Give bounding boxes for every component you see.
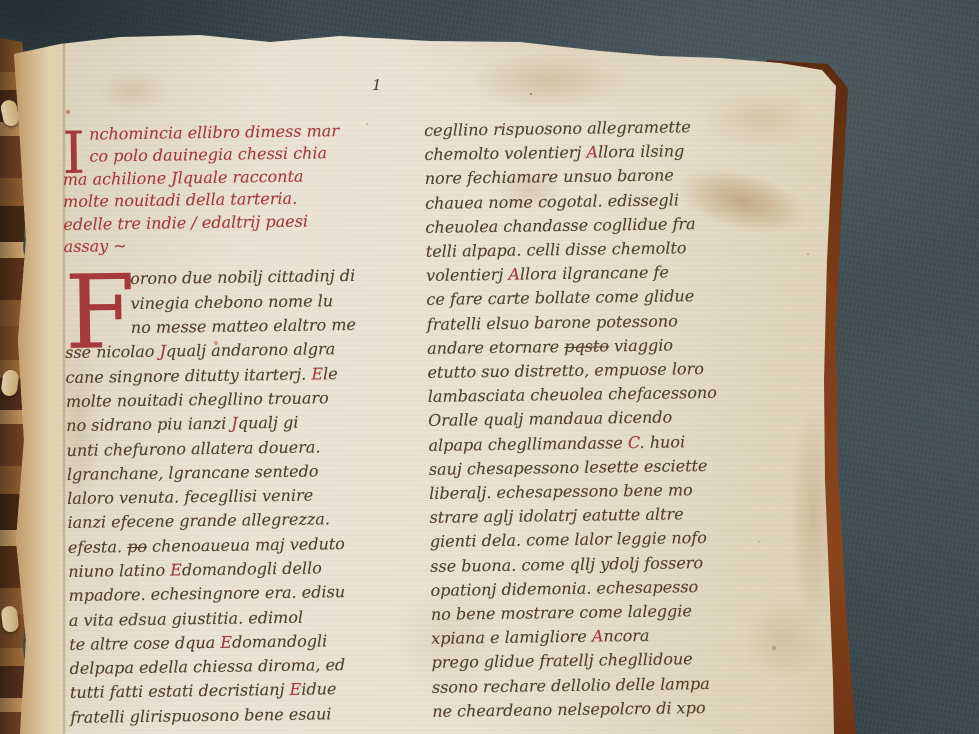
main-text-block: F orono due nobilj cittadinj divinegia c… [64, 264, 406, 730]
manuscript-line: fratelli glirispuosono bene esaui [70, 701, 406, 730]
page-speckles [0, 0, 4, 4]
right-main-lines: cegllino rispuosono allegramettechemolto… [424, 114, 784, 724]
manuscript-line: assay ~ [64, 231, 400, 258]
drop-cap-initial: F [64, 268, 131, 341]
right-text-column: cegllino rispuosono allegramettechemolto… [424, 114, 784, 724]
binding-cord [0, 369, 19, 397]
rubric-initial: I [62, 124, 90, 168]
background-fabric: 1 I nchomincia ellibro dimess marco polo… [0, 0, 979, 734]
binding-cord [1, 605, 20, 633]
left-text-column: I nchomincia ellibro dimess marco polo d… [62, 119, 406, 730]
manuscript-line: ne cheardeano nelsepolcro di xpo [432, 695, 784, 724]
rubric-block: I nchomincia ellibro dimess marco polo d… [62, 119, 400, 258]
rubric-lines: nchomincia ellibro dimess marco polo dau… [62, 119, 400, 258]
